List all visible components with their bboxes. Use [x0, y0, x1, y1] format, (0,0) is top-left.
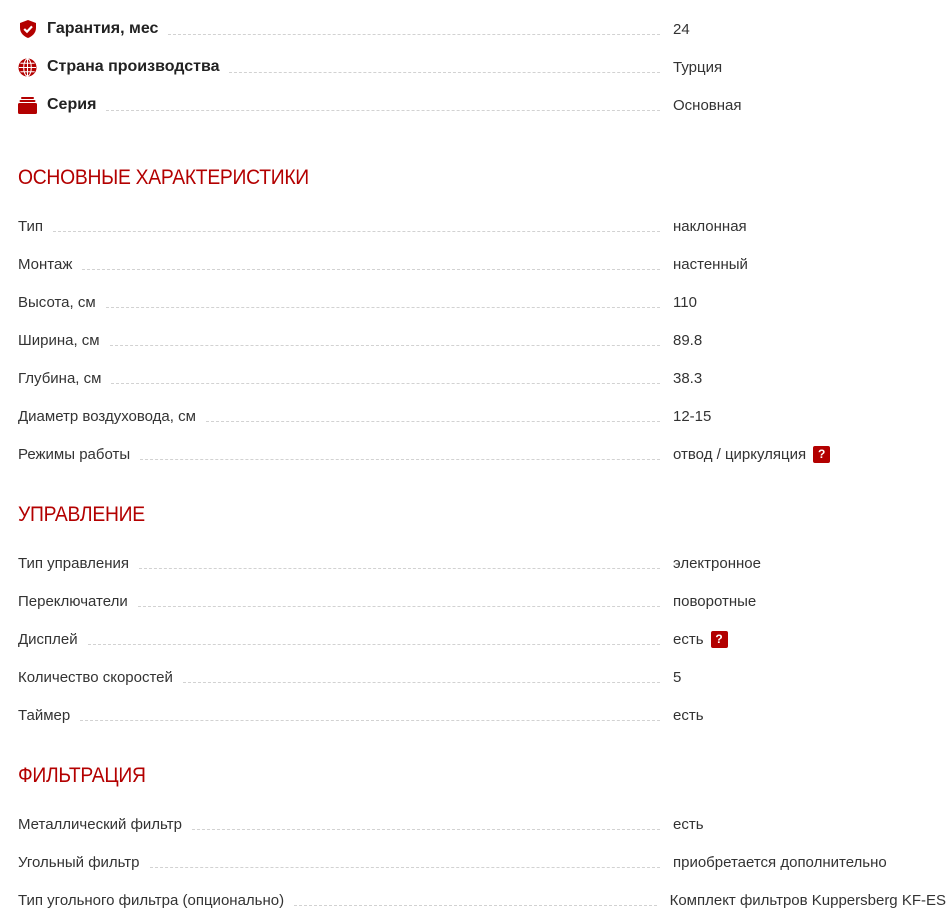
spec-row: Режимы работыотвод / циркуляция?: [18, 435, 946, 473]
spec-label: Ширина, см: [18, 332, 110, 349]
spec-value: наклонная: [673, 218, 747, 235]
globe-icon: [18, 58, 37, 77]
section-control-rows: Тип управленияэлектронное Переключателип…: [18, 544, 946, 734]
spec-label: Тип управления: [18, 555, 139, 572]
spec-label: Гарантия, мес: [47, 20, 168, 38]
spec-row: Дисплейесть?: [18, 620, 946, 658]
spec-row-warranty: Гарантия, мес 24: [18, 10, 946, 48]
leader-line: [80, 720, 660, 721]
spec-value: Основная: [673, 97, 742, 114]
shield-check-icon: [18, 20, 37, 39]
leader-line: [206, 421, 660, 422]
spec-label: Диаметр воздуховода, см: [18, 408, 206, 425]
help-tooltip-button[interactable]: ?: [813, 446, 830, 463]
spec-label: Количество скоростей: [18, 669, 183, 686]
spec-row: Монтажнастенный: [18, 245, 946, 283]
section-title-main: ОСНОВНЫЕ ХАРАКТЕРИСТИКИ: [18, 166, 309, 190]
section-title-control: УПРАВЛЕНИЕ: [18, 503, 145, 527]
spec-row: Диаметр воздуховода, см12-15: [18, 397, 946, 435]
spec-value: есть?: [673, 631, 728, 648]
leader-line: [168, 34, 660, 35]
leader-line: [150, 867, 660, 868]
spec-label: Тип угольного фильтра (опционально): [18, 892, 294, 909]
leader-line: [106, 110, 660, 111]
leader-line: [110, 345, 660, 346]
spec-value: 12-15: [673, 408, 711, 425]
spec-label: Дисплей: [18, 631, 88, 648]
section-filtration-rows: Металлический фильтресть Угольный фильтр…: [18, 805, 946, 919]
spec-value-text: отвод / циркуляция: [673, 446, 806, 463]
leader-line: [82, 269, 660, 270]
spec-value: поворотные: [673, 593, 756, 610]
spec-row: Тип управленияэлектронное: [18, 544, 946, 582]
spec-label: Страна производства: [47, 58, 229, 76]
spec-row: Высота, см110: [18, 283, 946, 321]
spec-value: 89.8: [673, 332, 702, 349]
leader-line: [192, 829, 660, 830]
spec-row: Металлический фильтресть: [18, 805, 946, 843]
spec-label: Таймер: [18, 707, 80, 724]
spec-row-country: Страна производства Турция: [18, 48, 946, 86]
spec-value-text: есть: [673, 631, 704, 648]
spec-label: Режимы работы: [18, 446, 140, 463]
spec-value: 38.3: [673, 370, 702, 387]
spec-label: Глубина, см: [18, 370, 111, 387]
leader-line: [139, 568, 660, 569]
spec-row: Ширина, см89.8: [18, 321, 946, 359]
spec-row: Угольный фильтрприобретается дополнитель…: [18, 843, 946, 881]
spec-value: настенный: [673, 256, 748, 273]
spec-value: 5: [673, 669, 681, 686]
spec-row-series: Серия Основная: [18, 86, 946, 124]
spec-value: 24: [673, 21, 690, 38]
spec-value: есть: [673, 707, 704, 724]
spec-row: Переключателиповоротные: [18, 582, 946, 620]
spec-row: Типнаклонная: [18, 207, 946, 245]
leader-line: [106, 307, 660, 308]
spec-value: 110: [673, 294, 697, 311]
spec-row: Таймересть: [18, 696, 946, 734]
leader-line: [88, 644, 660, 645]
section-title-filtration: ФИЛЬТРАЦИЯ: [18, 764, 146, 788]
spec-label: Переключатели: [18, 593, 138, 610]
spec-value: отвод / циркуляция?: [673, 446, 830, 463]
spec-label: Металлический фильтр: [18, 816, 192, 833]
leader-line: [138, 606, 660, 607]
series-stack-icon: [18, 96, 37, 115]
spec-label: Высота, см: [18, 294, 106, 311]
leader-line: [53, 231, 660, 232]
leader-line: [229, 72, 660, 73]
help-tooltip-button[interactable]: ?: [711, 631, 728, 648]
spec-row: Тип угольного фильтра (опционально)Компл…: [18, 881, 946, 919]
spec-label: Монтаж: [18, 256, 82, 273]
spec-value: есть: [673, 816, 704, 833]
leader-line: [294, 905, 656, 906]
spec-value: приобретается дополнительно: [673, 854, 887, 871]
section-main-rows: Типнаклонная Монтажнастенный Высота, см1…: [18, 207, 946, 473]
spec-row: Количество скоростей5: [18, 658, 946, 696]
spec-value: Комплект фильтров Kuppersberg KF-ES: [670, 892, 946, 909]
leader-line: [140, 459, 660, 460]
spec-value: Турция: [673, 59, 722, 76]
spec-label: Серия: [47, 96, 106, 114]
leader-line: [111, 383, 660, 384]
leader-line: [183, 682, 660, 683]
spec-value: электронное: [673, 555, 761, 572]
spec-label: Тип: [18, 218, 53, 235]
spec-row: Глубина, см38.3: [18, 359, 946, 397]
spec-label: Угольный фильтр: [18, 854, 150, 871]
